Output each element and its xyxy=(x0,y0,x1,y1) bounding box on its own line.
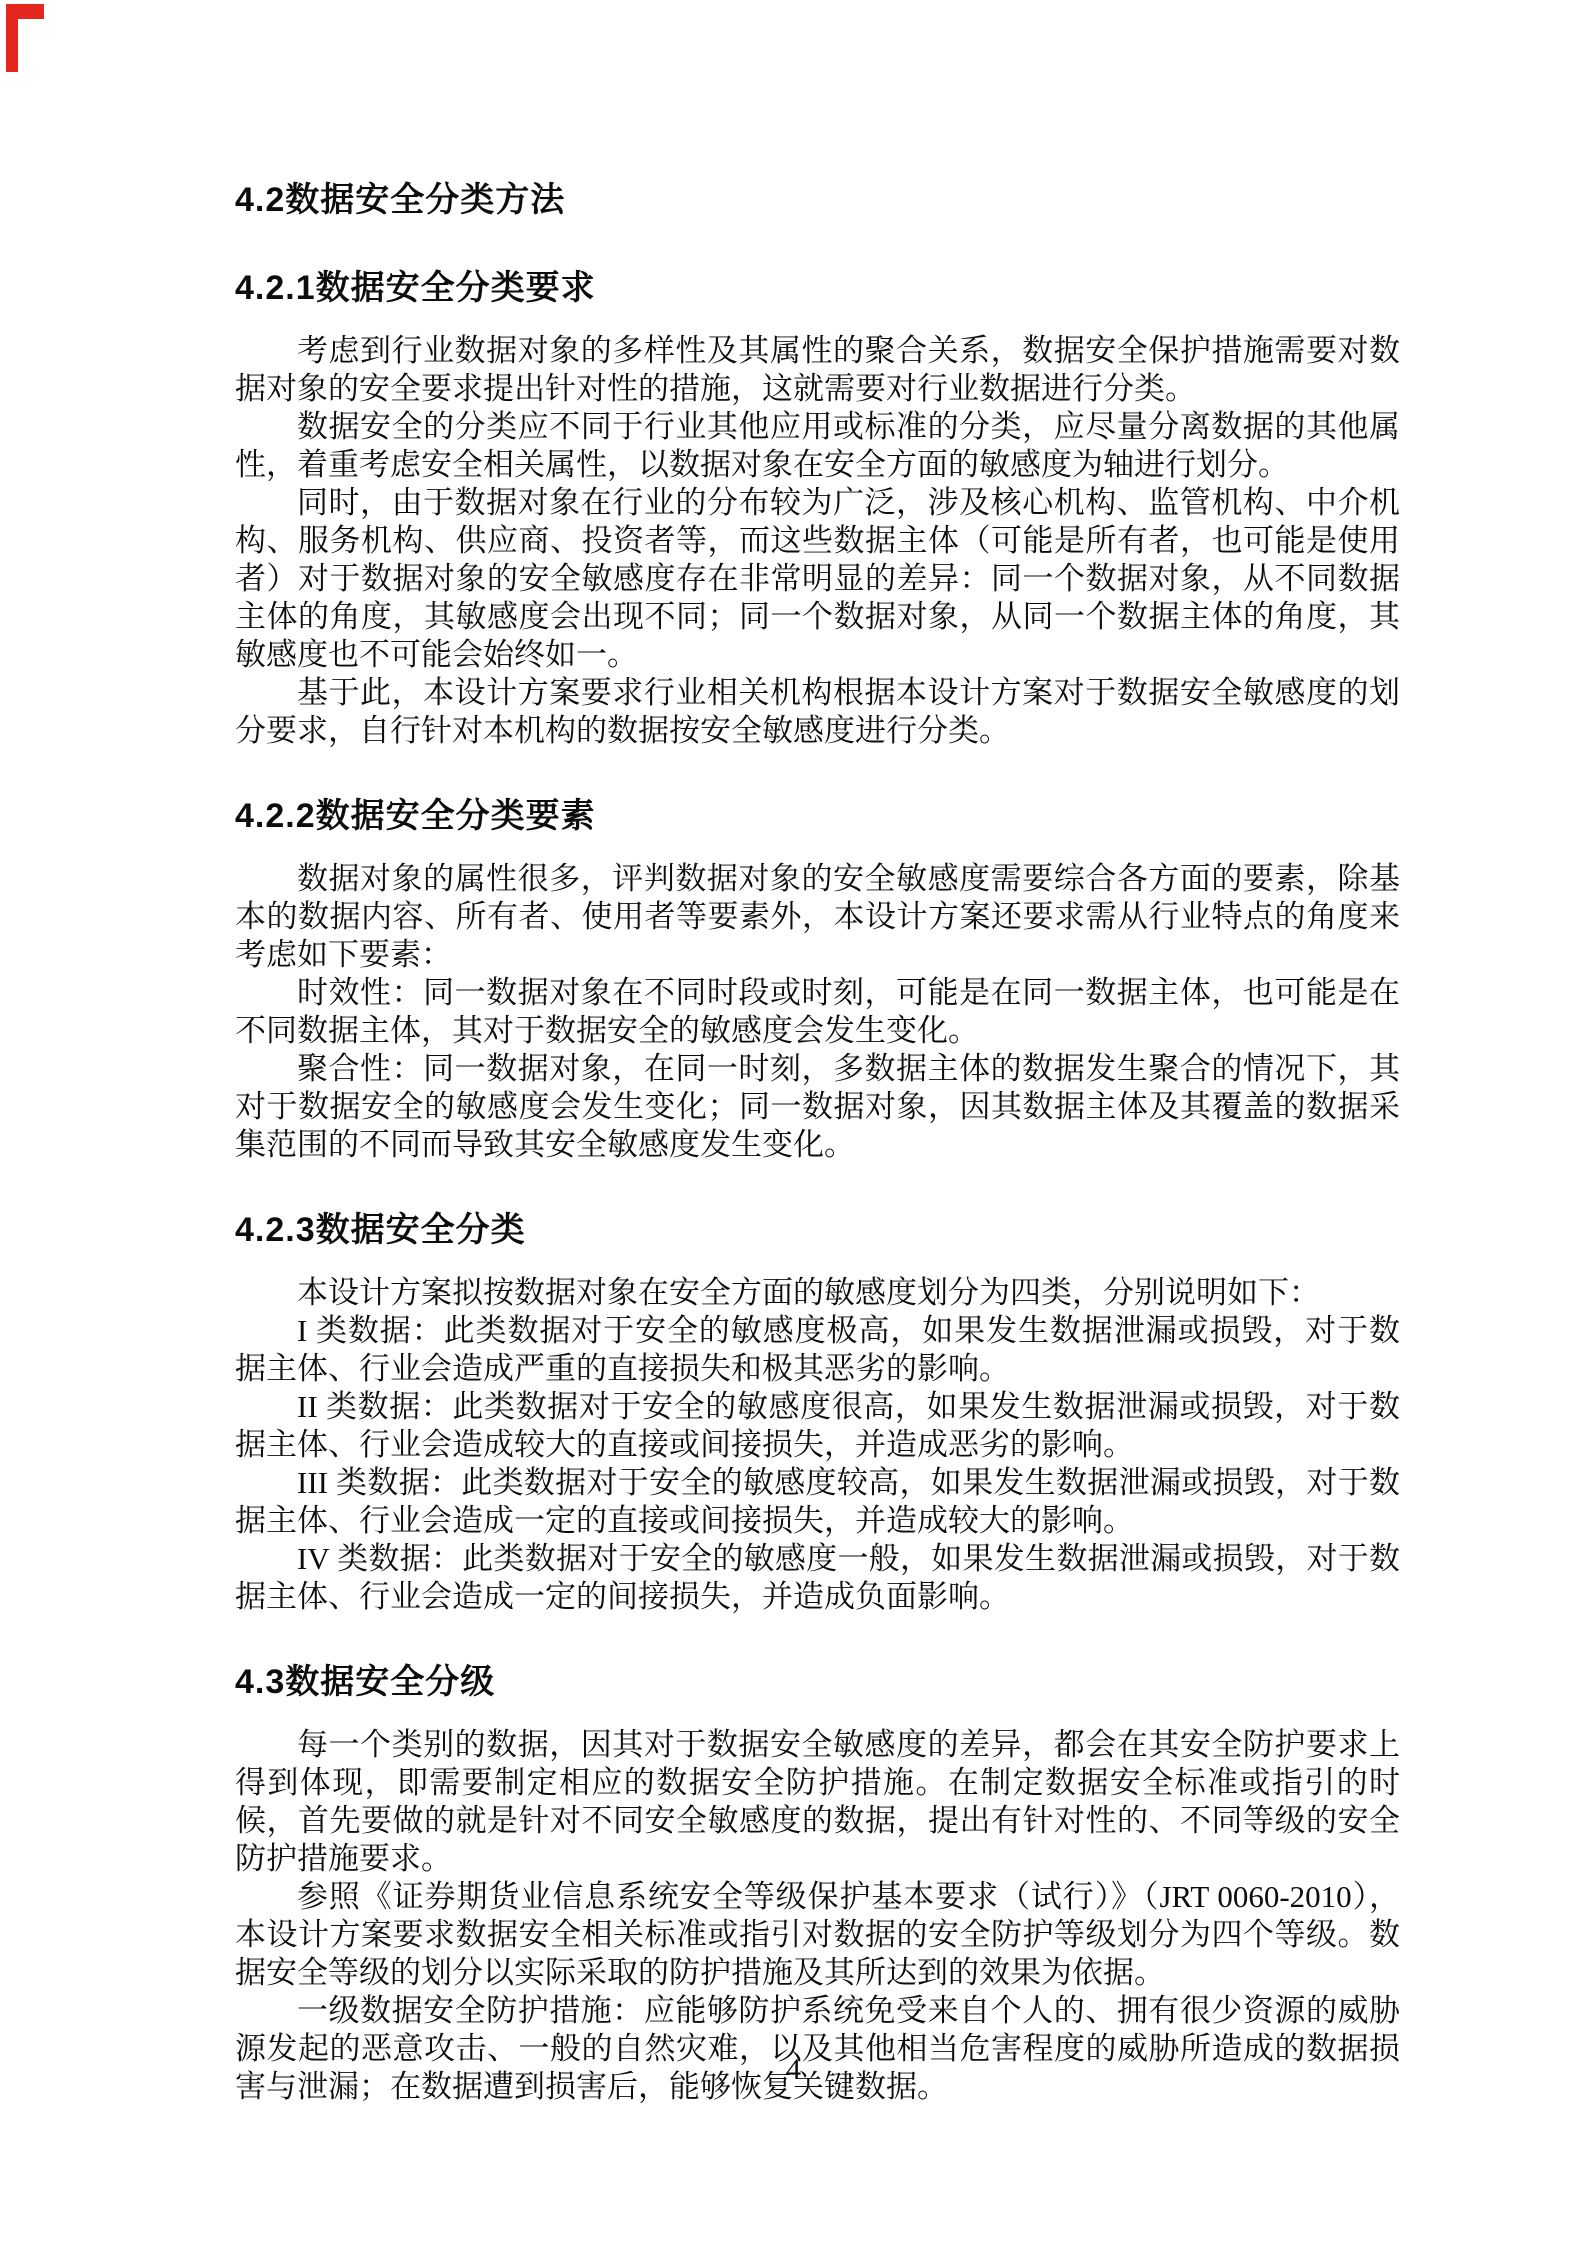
paragraph: 基于此，本设计方案要求行业相关机构根据本设计方案对于数据安全敏感度的划分要求，自… xyxy=(235,674,1400,750)
paragraph: 参照《证券期货业信息系统安全等级保护基本要求（试行）》（JRT 0060-201… xyxy=(235,1878,1400,1992)
paragraph: I 类数据：此类数据对于安全的敏感度极高，如果发生数据泄漏或损毁，对于数据主体、… xyxy=(235,1312,1400,1388)
paragraph: 数据安全的分类应不同于行业其他应用或标准的分类，应尽量分离数据的其他属性，着重考… xyxy=(235,408,1400,484)
corner-mark xyxy=(6,4,44,72)
document-content: 4.2数据安全分类方法 4.2.1数据安全分类要求 考虑到行业数据对象的多样性及… xyxy=(235,178,1400,2106)
paragraph: IV 类数据：此类数据对于安全的敏感度一般，如果发生数据泄漏或损毁，对于数据主体… xyxy=(235,1540,1400,1616)
section-heading-4-2-3: 4.2.3数据安全分类 xyxy=(235,1208,1400,1252)
document-page: 4.2数据安全分类方法 4.2.1数据安全分类要求 考虑到行业数据对象的多样性及… xyxy=(0,0,1587,2245)
paragraph: 每一个类别的数据，因其对于数据安全敏感度的差异，都会在其安全防护要求上得到体现，… xyxy=(235,1726,1400,1878)
section-heading-4-2-2: 4.2.2数据安全分类要素 xyxy=(235,794,1400,838)
paragraph: III 类数据：此类数据对于安全的敏感度较高，如果发生数据泄漏或损毁，对于数据主… xyxy=(235,1464,1400,1540)
paragraph: 考虑到行业数据对象的多样性及其属性的聚合关系，数据安全保护措施需要对数据对象的安… xyxy=(235,332,1400,408)
paragraph: 一级数据安全防护措施：应能够防护系统免受来自个人的、拥有很少资源的威胁源发起的恶… xyxy=(235,1992,1400,2106)
paragraph: 本设计方案拟按数据对象在安全方面的敏感度划分为四类，分别说明如下： xyxy=(235,1274,1400,1312)
paragraph: 聚合性：同一数据对象，在同一时刻，多数据主体的数据发生聚合的情况下，其对于数据安… xyxy=(235,1050,1400,1164)
paragraph: 同时，由于数据对象在行业的分布较为广泛，涉及核心机构、监管机构、中介机构、服务机… xyxy=(235,484,1400,674)
paragraph: 时效性：同一数据对象在不同时段或时刻，可能是在同一数据主体，也可能是在不同数据主… xyxy=(235,974,1400,1050)
paragraph: II 类数据：此类数据对于安全的敏感度很高，如果发生数据泄漏或损毁，对于数据主体… xyxy=(235,1388,1400,1464)
section-heading-4-2-1: 4.2.1数据安全分类要求 xyxy=(235,266,1400,310)
section-heading-4-3: 4.3数据安全分级 xyxy=(235,1660,1400,1704)
section-heading-4-2: 4.2数据安全分类方法 xyxy=(235,178,1400,222)
paragraph: 数据对象的属性很多，评判数据对象的安全敏感度需要综合各方面的要素，除基本的数据内… xyxy=(235,860,1400,974)
page-number: 4 xyxy=(0,2052,1587,2088)
